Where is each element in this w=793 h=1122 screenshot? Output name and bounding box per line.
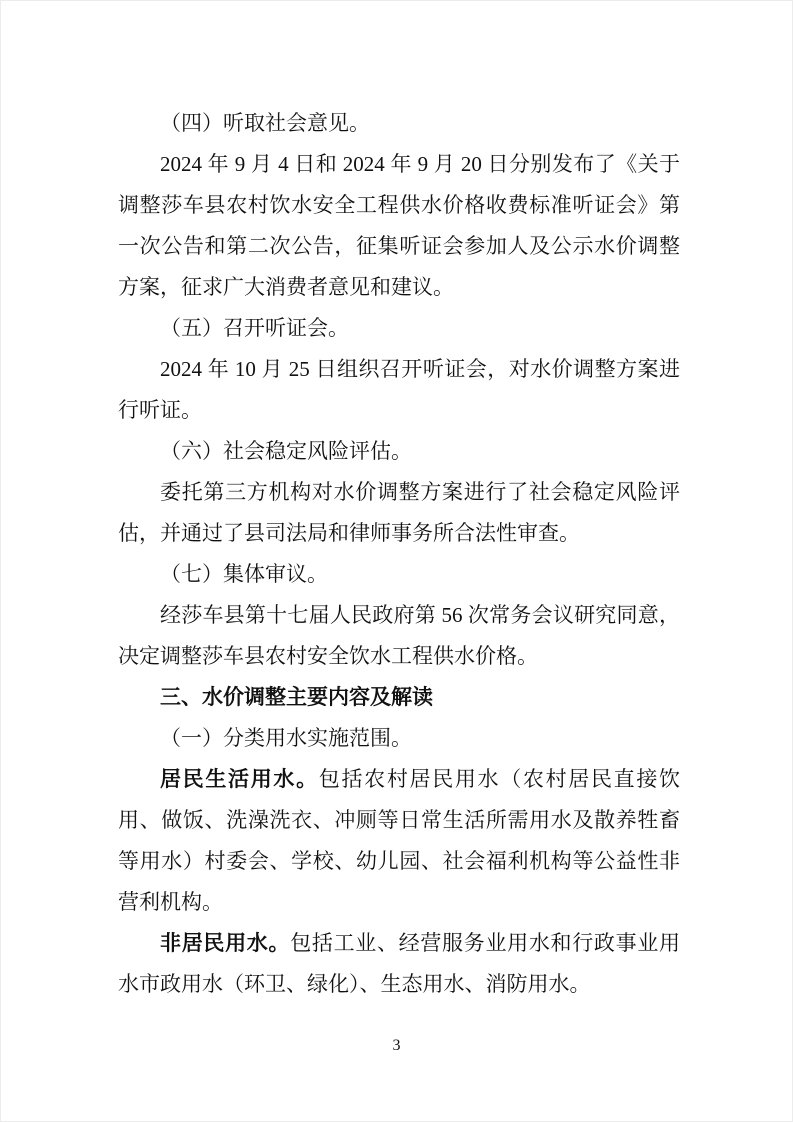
paragraph-risk-assessment-text: 委托第三方机构对水价调整方案进行了社会稳定风险评估，并通过了县司法局和律师事务所…: [118, 480, 680, 545]
paragraph-collective-review-text: 经莎车县第十七届人民政府第 56 次常务会议研究同意，决定调整莎车县农村安全饮水…: [118, 603, 680, 668]
section-heading-3-lead: 三、水价调整主要内容及解读: [160, 685, 433, 709]
paragraph-hearing-date: 2024 年 10 月 25 日组织召开听证会，对水价调整方案进行听证。: [118, 349, 680, 431]
page-number: 3: [0, 1036, 793, 1056]
paragraph-non-residential-water-lead: 非居民用水。: [160, 931, 290, 955]
subheading-4-listen-opinions: （四）听取社会意见。: [118, 103, 680, 144]
paragraph-residential-water-lead: 居民生活用水。: [160, 767, 319, 791]
subheading-1-text: （一）分类用水实施范围。: [160, 726, 412, 750]
section-heading-3-main-content: 三、水价调整主要内容及解读: [118, 677, 680, 718]
paragraph-non-residential-water: 非居民用水。包括工业、经营服务业用水和行政事业用水市政用水（环卫、绿化）、生态用…: [118, 923, 680, 1005]
subheading-5-hold-hearing: （五）召开听证会。: [118, 308, 680, 349]
paragraph-hearing-date-text: 2024 年 10 月 25 日组织召开听证会，对水价调整方案进行听证。: [118, 357, 680, 422]
subheading-4-text: （四）听取社会意见。: [160, 111, 370, 135]
subheading-1-classification-scope: （一）分类用水实施范围。: [118, 718, 680, 759]
paragraph-residential-water: 居民生活用水。包括农村居民用水（农村居民直接饮用、做饭、洗澡洗衣、冲厕等日常生活…: [118, 759, 680, 923]
paragraph-announcements-text: 2024 年 9 月 4 日和 2024 年 9 月 20 日分别发布了《关于调…: [118, 152, 680, 299]
paragraph-announcements: 2024 年 9 月 4 日和 2024 年 9 月 20 日分别发布了《关于调…: [118, 144, 680, 308]
document-body: （四）听取社会意见。 2024 年 9 月 4 日和 2024 年 9 月 20…: [118, 103, 680, 1005]
paragraph-collective-review: 经莎车县第十七届人民政府第 56 次常务会议研究同意，决定调整莎车县农村安全饮水…: [118, 595, 680, 677]
paragraph-risk-assessment: 委托第三方机构对水价调整方案进行了社会稳定风险评估，并通过了县司法局和律师事务所…: [118, 472, 680, 554]
subheading-6-text: （六）社会稳定风险评估。: [160, 439, 412, 463]
subheading-6-risk-assessment: （六）社会稳定风险评估。: [118, 431, 680, 472]
subheading-7-collective-review: （七）集体审议。: [118, 554, 680, 595]
subheading-5-text: （五）召开听证会。: [160, 316, 349, 340]
document-page: （四）听取社会意见。 2024 年 9 月 4 日和 2024 年 9 月 20…: [0, 0, 793, 1122]
subheading-7-text: （七）集体审议。: [160, 562, 328, 586]
